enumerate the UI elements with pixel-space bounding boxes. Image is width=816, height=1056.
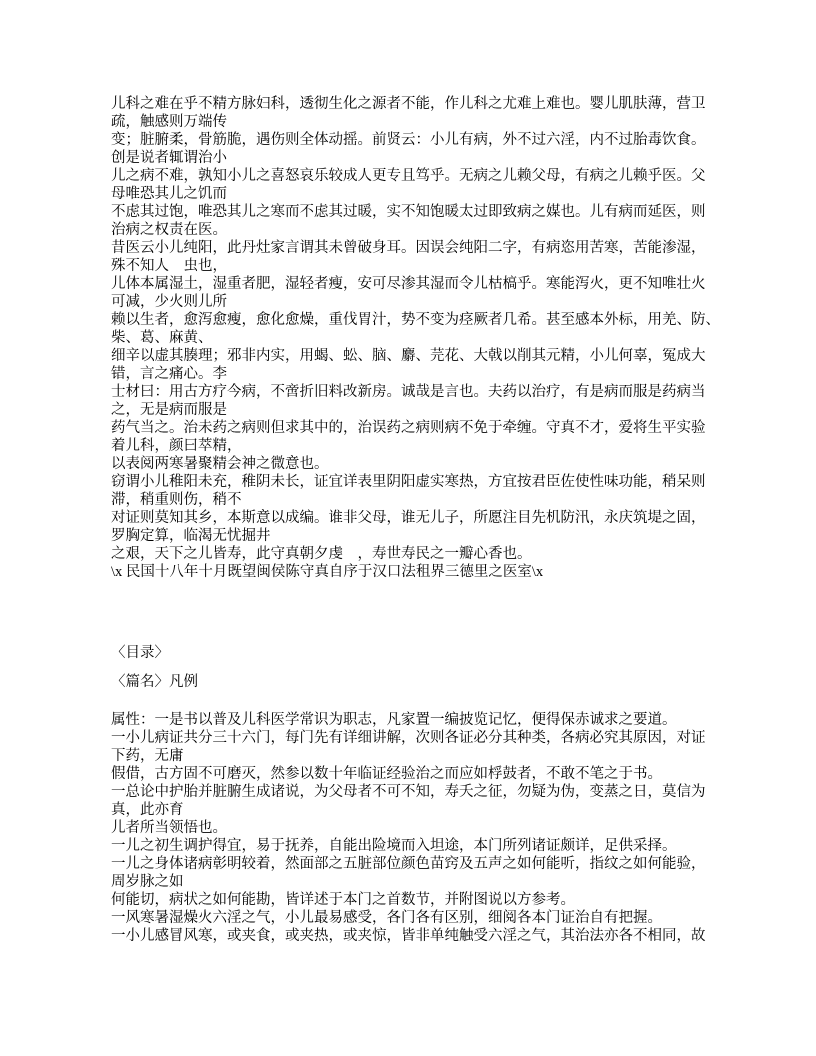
chapter-title-fanli: 〈篇名〉凡例 bbox=[111, 673, 723, 691]
document-page: 儿科之难在乎不精方脉妇科，透彻生化之源者不能，作儿科之尤难上难也。婴儿肌肤薄，营… bbox=[0, 0, 816, 1056]
page-content: 儿科之难在乎不精方脉妇科，透彻生化之源者不能，作儿科之尤难上难也。婴儿肌肤薄，营… bbox=[111, 95, 723, 945]
fanli-text: 属性：一是书以普及儿科医学常识为职志，凡家置一编披览记忆，便得保赤诚求之要道。 … bbox=[111, 711, 723, 945]
toc-marker: 〈目录〉 bbox=[111, 644, 723, 662]
preface-text: 儿科之难在乎不精方脉妇科，透彻生化之源者不能，作儿科之尤难上难也。婴儿肌肤薄，营… bbox=[111, 95, 723, 581]
